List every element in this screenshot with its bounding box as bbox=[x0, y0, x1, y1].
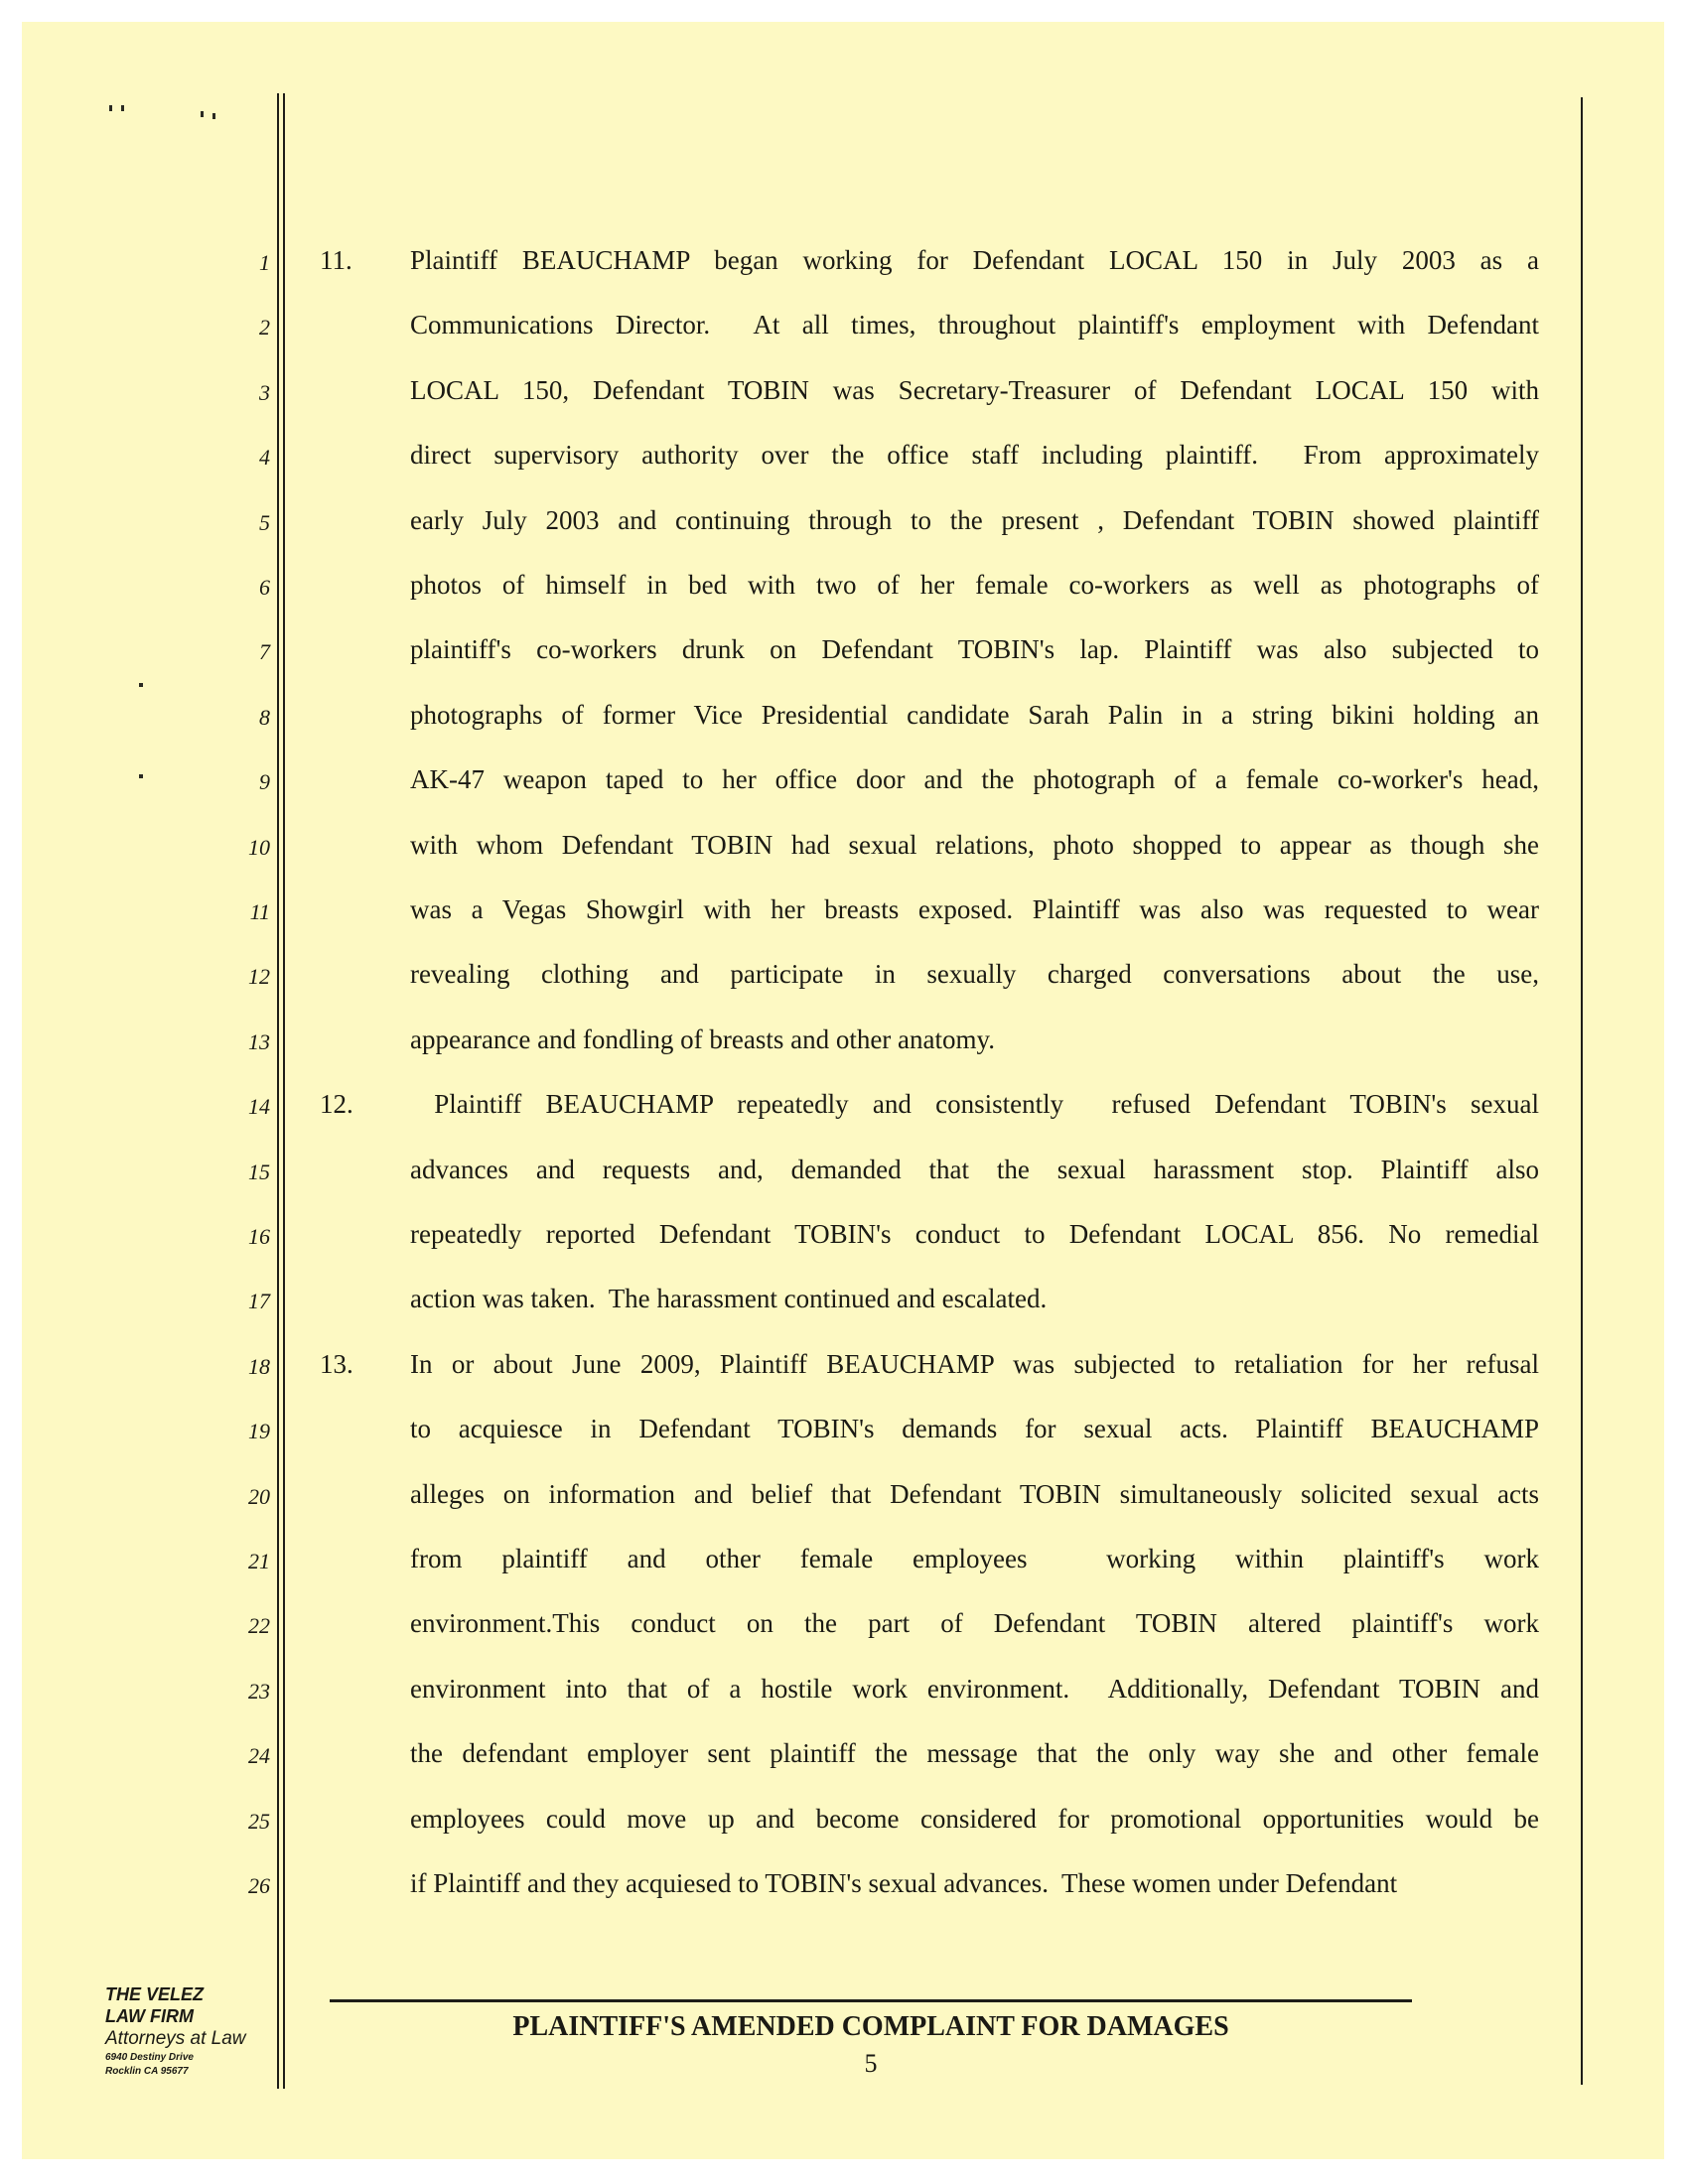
scan-speck bbox=[139, 774, 143, 778]
line-number: 1 bbox=[211, 250, 270, 276]
scan-speck bbox=[201, 111, 204, 117]
firm-subtitle: Attorneys at Law bbox=[105, 2027, 246, 2051]
left-margin-rule bbox=[277, 93, 279, 2089]
footer-title: PLAINTIFF'S AMENDED COMPLAINT FOR DAMAGE… bbox=[330, 2011, 1412, 2043]
line-number: 17 bbox=[211, 1289, 270, 1314]
left-margin-rule bbox=[283, 93, 285, 2089]
line-number: 7 bbox=[211, 639, 270, 665]
line-number: 12 bbox=[211, 964, 270, 990]
scan-speck bbox=[109, 105, 112, 111]
paragraph-line: plaintiff's co-workers drunk on Defendan… bbox=[410, 634, 1539, 664]
paragraph-line: Plaintiff BEAUCHAMP began working for De… bbox=[410, 245, 1539, 275]
line-number: 26 bbox=[211, 1873, 270, 1899]
line-number: 3 bbox=[211, 380, 270, 406]
paragraph-number: 11. bbox=[320, 245, 352, 275]
paragraph-line: LOCAL 150, Defendant TOBIN was Secretary… bbox=[410, 375, 1539, 405]
line-number: 10 bbox=[211, 835, 270, 861]
paragraph-line: appearance and fondling of breasts and o… bbox=[410, 1024, 1539, 1054]
paragraph-line: revealing clothing and participate in se… bbox=[410, 959, 1539, 989]
line-number: 21 bbox=[211, 1549, 270, 1574]
line-number: 25 bbox=[211, 1809, 270, 1835]
paragraph-line: environment into that of a hostile work … bbox=[410, 1674, 1539, 1704]
paragraph-line: action was taken. The harassment continu… bbox=[410, 1284, 1539, 1313]
line-number: 19 bbox=[211, 1419, 270, 1444]
line-number: 16 bbox=[211, 1224, 270, 1250]
firm-address-line1: 6940 Destiny Drive bbox=[105, 2051, 246, 2065]
paragraph-line: AK-47 weapon taped to her office door an… bbox=[410, 764, 1539, 794]
paragraph-line: from plaintiff and other female employee… bbox=[410, 1544, 1539, 1573]
paragraph-line: was a Vegas Showgirl with her breasts ex… bbox=[410, 894, 1539, 924]
paragraph-line: to acquiesce in Defendant TOBIN's demand… bbox=[410, 1414, 1539, 1443]
line-number: 11 bbox=[211, 899, 270, 925]
paragraph-line: if Plaintiff and they acquiesed to TOBIN… bbox=[410, 1868, 1539, 1898]
scan-speck bbox=[212, 113, 215, 119]
firm-address-line2: Rocklin CA 95677 bbox=[105, 2065, 246, 2079]
paragraph-line: advances and requests and, demanded that… bbox=[410, 1155, 1539, 1184]
scan-speck bbox=[121, 105, 124, 111]
paragraph-line: photos of himself in bed with two of her… bbox=[410, 570, 1539, 600]
page-number: 5 bbox=[330, 2049, 1412, 2079]
scan-speck bbox=[139, 683, 143, 687]
paragraph-number: 13. bbox=[320, 1349, 353, 1379]
paragraph-line: Plaintiff BEAUCHAMP repeatedly and consi… bbox=[410, 1089, 1539, 1119]
line-number: 24 bbox=[211, 1743, 270, 1769]
line-number: 20 bbox=[211, 1484, 270, 1510]
paragraph-line: alleges on information and belief that D… bbox=[410, 1479, 1539, 1509]
line-number: 4 bbox=[211, 445, 270, 471]
paragraph-line: photographs of former Vice Presidential … bbox=[410, 700, 1539, 730]
line-number: 2 bbox=[211, 315, 270, 341]
paragraph-line: employees could move up and become consi… bbox=[410, 1804, 1539, 1834]
paragraph-number: 12. bbox=[320, 1089, 353, 1119]
line-number: 15 bbox=[211, 1160, 270, 1185]
paragraph-line: In or about June 2009, Plaintiff BEAUCHA… bbox=[410, 1349, 1539, 1379]
document-page: 1234567891011121314151617181920212223242… bbox=[22, 22, 1664, 2159]
paragraph-line: early July 2003 and continuing through t… bbox=[410, 505, 1539, 535]
law-firm-block: THE VELEZ LAW FIRM Attorneys at Law 6940… bbox=[105, 1983, 246, 2079]
paragraph-line: direct supervisory authority over the of… bbox=[410, 440, 1539, 470]
line-number: 8 bbox=[211, 705, 270, 731]
footer-rule bbox=[330, 1999, 1412, 2002]
paragraph-line: environment.This conduct on the part of … bbox=[410, 1608, 1539, 1638]
paragraph-line: the defendant employer sent plaintiff th… bbox=[410, 1738, 1539, 1768]
line-number: 18 bbox=[211, 1354, 270, 1380]
paragraph-line: Communications Director. At all times, t… bbox=[410, 310, 1539, 340]
line-number: 13 bbox=[211, 1029, 270, 1055]
firm-name-line2: LAW FIRM bbox=[105, 2005, 246, 2027]
paragraph-line: repeatedly reported Defendant TOBIN's co… bbox=[410, 1219, 1539, 1249]
firm-name-line1: THE VELEZ bbox=[105, 1983, 246, 2005]
right-margin-rule bbox=[1581, 97, 1583, 2085]
line-number: 14 bbox=[211, 1094, 270, 1120]
paragraph-line: with whom Defendant TOBIN had sexual rel… bbox=[410, 830, 1539, 860]
line-number: 23 bbox=[211, 1679, 270, 1705]
line-number: 6 bbox=[211, 575, 270, 601]
line-number: 22 bbox=[211, 1613, 270, 1639]
line-number: 5 bbox=[211, 510, 270, 536]
line-number: 9 bbox=[211, 769, 270, 795]
